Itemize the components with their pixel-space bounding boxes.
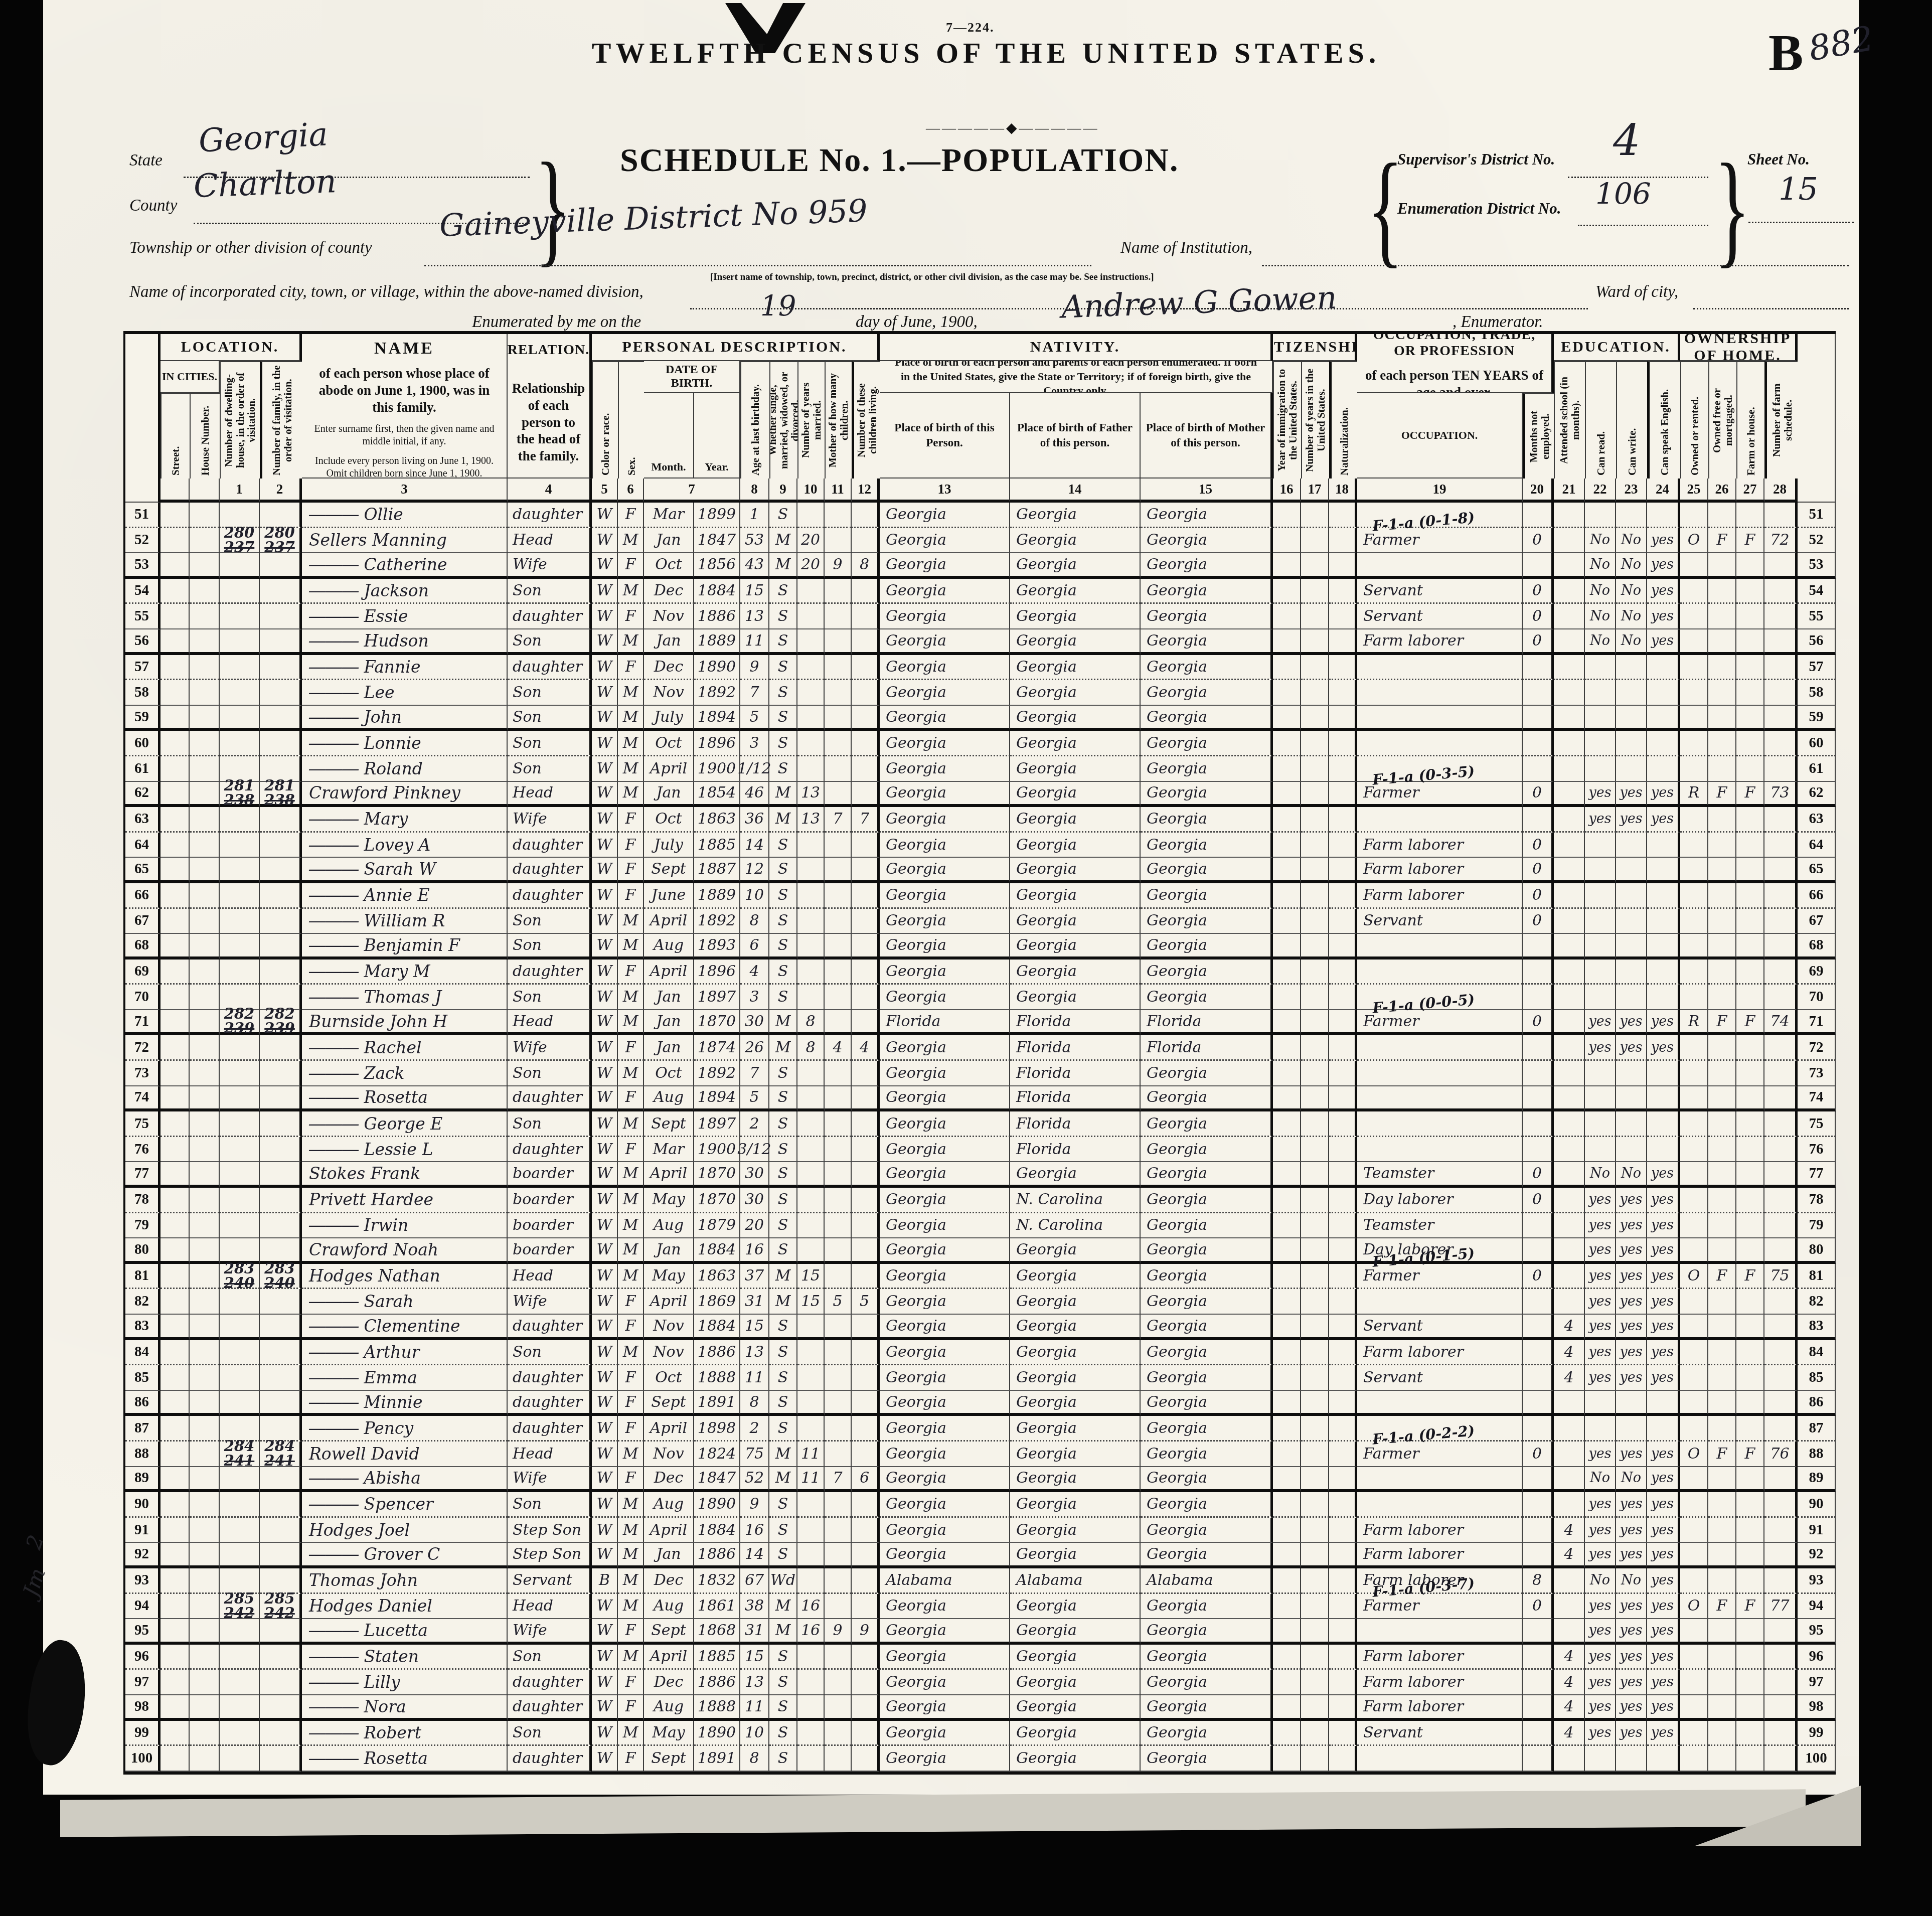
value: Georgia [1147,1165,1207,1182]
row-90-yus [1301,1492,1329,1518]
row-55-occ: Servant [1357,604,1523,629]
row-99-free [1708,1721,1736,1746]
row-93-imm [1273,1568,1301,1594]
row-53-pob: Georgia [880,553,1010,579]
value: 1896 [698,734,736,752]
row-66-write [1616,883,1647,909]
row-82-mo: 5 [825,1289,852,1315]
city-label: Name of incorporated city, town, or vill… [129,283,643,301]
row-91-year: 1884 [694,1518,740,1543]
value: Georgia [886,1597,946,1615]
row-58-age: 7 [740,680,769,706]
row-61-month: April [644,756,694,782]
row-96-sch: 4 [1554,1645,1585,1670]
row-55-ym [797,604,825,629]
row-78-lnr: 78 [1798,1188,1836,1213]
value: Georgia [886,1749,946,1767]
row-90-lnl: 90 [125,1492,160,1518]
row-59-year: 1894 [694,706,740,731]
value: 4 [1564,1545,1573,1563]
value: Georgia [1016,1267,1077,1285]
value: Florida [1016,1115,1071,1133]
row-92-house [190,1543,220,1568]
value: ――― Minnie [309,1392,422,1412]
row-99-lnl: 99 [125,1721,160,1746]
row-67-mar: S [769,909,797,934]
row-83-lnl: 83 [125,1315,160,1340]
row-87-lnl: 87 [125,1416,160,1442]
value: W [597,658,612,676]
value: ――― Rachel [309,1038,422,1057]
row-58-ym [797,680,825,706]
row-97-write: yes [1616,1670,1647,1695]
row-82-write: yes [1616,1289,1647,1315]
column-number-7: 7 [644,478,740,503]
row-57-dw [220,655,260,681]
row-65-eng [1647,858,1680,883]
value: O [1688,1267,1700,1285]
value: Georgia [1147,1521,1207,1539]
row-69-mnu [1523,960,1554,985]
row-56-house [190,629,220,655]
row-69-name: ――― Mary M [302,960,508,985]
value: Head [513,1597,553,1615]
column-group-personal-description: PERSONAL DESCRIPTION. [592,334,880,361]
value: daughter [513,1698,582,1715]
row-69-age: 4 [740,960,769,985]
row-83-street [160,1315,190,1340]
row-73-sex: M [618,1061,644,1086]
row-93-mo [825,1568,852,1594]
row-65-rel: daughter [508,858,592,883]
row-63-mar: M [769,807,797,833]
row-56-dw [220,629,260,655]
row-78-house [190,1188,220,1213]
value: 1885 [698,836,736,854]
row-94-mnu: 0 [1523,1594,1554,1620]
value: Georgia [886,1369,946,1386]
row-66-color: W [592,883,618,909]
row-97-age: 13 [740,1670,769,1695]
row-53-street [160,553,190,579]
row-78-nat [1329,1188,1357,1213]
row-100-mar: S [769,1746,797,1772]
row-83-mo [825,1315,852,1340]
value: daughter [513,836,582,854]
column-group-nativity: NATIVITY. [880,334,1273,361]
value: yes [1651,1268,1674,1284]
value: S [778,1317,788,1335]
row-51-yus [1301,503,1329,528]
value: yes [1588,811,1611,827]
row-55-yus [1301,604,1329,629]
row-55-street [160,604,190,629]
row-61-yus [1301,756,1329,782]
value: Georgia [886,684,946,701]
row-91-mo [825,1518,852,1543]
value: yes [1588,1192,1611,1207]
row-89-house [190,1467,220,1493]
row-61-pobf: Georgia [1010,756,1141,782]
value: 8 [806,1039,815,1056]
row-85-free [1708,1365,1736,1391]
row-71-nat [1329,1010,1357,1036]
row-99-sn [1764,1721,1798,1746]
value: daughter [513,506,582,523]
row-96-color: W [592,1645,618,1670]
row-78-yus [1301,1188,1329,1213]
row-91-write: yes [1616,1518,1647,1543]
value: Georgia [1016,1545,1077,1563]
value: M [623,1013,638,1030]
row-64-house [190,833,220,858]
row-51-year: 1899 [694,503,740,528]
row-89-mar: M [769,1467,797,1493]
row-75-write [1616,1111,1647,1137]
value: Son [513,912,542,929]
column-header-attended-school: Attended school (in months). [1554,361,1585,478]
value: 74 [1770,1013,1789,1030]
row-95-own [1680,1619,1708,1645]
row-71-sch [1554,1010,1585,1036]
row-76-eng [1647,1137,1680,1163]
row-96-mnu [1523,1645,1554,1670]
row-57-sex: F [618,655,644,681]
row-60-free [1708,731,1736,756]
row-68-month: Aug [644,934,694,960]
row-83-eng: yes [1647,1315,1680,1340]
row-84-sn [1764,1340,1798,1366]
row-65-sch [1554,858,1585,883]
value: 5 [860,1293,869,1310]
row-53-eng: yes [1647,553,1680,579]
value: 20 [745,1216,764,1234]
row-54-sn [1764,579,1798,604]
row-58-dw [220,680,260,706]
row-87-imm [1273,1416,1301,1442]
row-60-sex: M [618,731,644,756]
row-70-cl [852,985,880,1010]
row-100-mnu [1523,1746,1554,1772]
value: 5 [749,708,759,726]
row-93-mar: Wd [769,1568,797,1594]
value: Farmer [1363,1445,1419,1463]
value: M [623,912,638,929]
row-86-write [1616,1391,1647,1416]
row-88-year: 1824 [694,1442,740,1467]
value: Georgia [1016,1343,1077,1361]
row-89-occ [1357,1467,1523,1493]
value: 1889 [698,632,736,650]
row-78-color: W [592,1188,618,1213]
row-67-read [1585,909,1616,934]
row-59-cl [852,706,880,731]
row-69-pobm: Georgia [1141,960,1273,985]
row-59-free [1708,706,1736,731]
value: Jan [656,1013,681,1030]
row-65-year: 1887 [694,858,740,883]
value: ――― Jackson [309,581,429,600]
row-54-sex: M [618,579,644,604]
row-58-imm [1273,680,1301,706]
value: ――― Pency [309,1418,413,1438]
row-82-dw [220,1289,260,1315]
value: Georgia [1016,1445,1077,1463]
value: 0 [1532,1013,1542,1030]
row-71-pobm: Florida [1141,1010,1273,1036]
row-65-yus [1301,858,1329,883]
row-62-street [160,782,190,808]
row-65-age: 12 [740,858,769,883]
value: Hodges Nathan [309,1266,440,1286]
row-93-write: No [1616,1568,1647,1594]
row-75-free [1708,1111,1736,1137]
row-69-yus [1301,960,1329,985]
row-57-pobf: Georgia [1010,655,1141,681]
row-100-year: 1891 [694,1746,740,1772]
row-54-month: Dec [644,579,694,604]
value: W [597,936,612,954]
row-52-read: No [1585,528,1616,554]
row-80-house [190,1238,220,1264]
row-60-mo [825,731,852,756]
value: 1884 [698,1241,736,1258]
value: F [625,1088,636,1106]
value: W [597,860,612,878]
value: Sept [651,1749,686,1767]
row-52-mar: M [769,528,797,554]
value: W [597,760,612,777]
row-80-month: Jan [644,1238,694,1264]
row-84-own [1680,1340,1708,1366]
row-97-pobm: Georgia [1141,1670,1273,1695]
row-97-sch: 4 [1554,1670,1585,1695]
value: 3 [749,988,759,1006]
value: N. Carolina [1016,1191,1103,1208]
row-99-sex: M [618,1721,644,1746]
row-56-imm [1273,629,1301,655]
value: No [1621,532,1641,548]
row-74-year: 1894 [694,1086,740,1112]
row-62-dw: 281238 [220,782,260,808]
row-59-fh [1736,706,1764,731]
value: 7 [860,810,869,828]
value: Georgia [1016,1597,1077,1615]
row-52-pobf: Georgia [1010,528,1141,554]
row-65-mar: S [769,858,797,883]
row-77-nat [1329,1162,1357,1188]
value: M [623,784,638,802]
row-63-sex: F [618,807,644,833]
row-51-pobm: Georgia [1141,503,1273,528]
value: Jan [656,531,681,549]
value: April [650,963,687,980]
value: S [778,1749,788,1767]
row-55-sex: F [618,604,644,629]
row-84-sex: M [618,1340,644,1366]
row-59-month: July [644,706,694,731]
value: yes [1588,1318,1611,1334]
row-59-lnr: 59 [1798,706,1836,731]
row-86-fam [260,1391,302,1416]
value: ――― Roland [309,759,423,778]
row-86-name: ――― Minnie [302,1391,508,1416]
value: M [775,1622,791,1639]
row-89-color: W [592,1467,618,1493]
value: 0 [1532,607,1542,625]
value: F [625,886,636,904]
row-62-mnu: 0 [1523,782,1554,808]
value: S [778,1369,788,1386]
row-78-year: 1870 [694,1188,740,1213]
row-87-nat [1329,1416,1357,1442]
row-54-free [1708,579,1736,604]
row-89-mnu [1523,1467,1554,1493]
row-94-occ: F-1-a (0-3-7)Farmer [1357,1594,1523,1620]
row-68-free [1708,934,1736,960]
row-94-pobf: Georgia [1010,1594,1141,1620]
row-72-age: 26 [740,1035,769,1061]
value: Son [513,1343,542,1361]
row-94-name: Hodges Daniel [302,1594,508,1620]
column-header-farm-schedule-number: Number of farm schedule. [1764,361,1798,478]
row-79-sch [1554,1213,1585,1239]
row-56-nat [1329,629,1357,655]
row-82-yus [1301,1289,1329,1315]
row-60-age: 3 [740,731,769,756]
row-64-month: July [644,833,694,858]
row-68-read [1585,934,1616,960]
row-56-rel: Son [508,629,592,655]
value: Georgia [1147,632,1207,650]
row-83-read: yes [1585,1315,1616,1340]
value: 10 [745,1724,764,1741]
row-87-ym [797,1416,825,1442]
township-value: Gaineyville District No 959 [439,192,868,244]
value: daughter [513,1088,582,1106]
row-79-sex: M [618,1213,644,1239]
row-99-pobf: Georgia [1010,1721,1141,1746]
row-71-mar: M [769,1010,797,1036]
row-68-lnr: 68 [1798,934,1836,960]
row-69-month: April [644,960,694,985]
row-78-read: yes [1585,1188,1616,1213]
row-53-yus [1301,553,1329,579]
row-67-pob: Georgia [880,909,1010,934]
row-96-name: ――― Staten [302,1645,508,1670]
column-group-education: EDUCATION. [1554,334,1680,361]
row-60-occ [1357,731,1523,756]
value: yes [1651,1522,1674,1538]
row-62-sex: M [618,782,644,808]
row-71-fh: F [1736,1010,1764,1036]
row-51-mo [825,503,852,528]
row-68-cl [852,934,880,960]
row-97-occ: Farm laborer [1357,1670,1523,1695]
row-71-pobf: Florida [1010,1010,1141,1036]
value: daughter [513,1141,582,1158]
row-78-dw [220,1188,260,1213]
row-59-street [160,706,190,731]
row-55-lnl: 55 [125,604,160,629]
value: 16 [801,1622,820,1639]
row-92-read: yes [1585,1543,1616,1568]
row-70-rel: Son [508,985,592,1010]
value: Georgia [1147,1724,1207,1741]
row-63-eng: yes [1647,807,1680,833]
row-92-mnu [1523,1543,1554,1568]
row-71-month: Jan [644,1010,694,1036]
row-79-pobm: Georgia [1141,1213,1273,1239]
value: May [652,1267,685,1285]
value: 0 [1532,1445,1542,1463]
fam-number: 285 [264,1591,295,1606]
value: April [650,1419,687,1437]
row-81-pobf: Georgia [1010,1264,1141,1290]
value: Florida [1147,1039,1202,1056]
row-94-free: F [1708,1594,1736,1620]
row-88-nat [1329,1442,1357,1467]
row-78-cl [852,1188,880,1213]
value: Sellers Manning [309,530,447,550]
rule [1748,222,1854,223]
row-76-pobf: Florida [1010,1137,1141,1163]
row-93-color: B [592,1568,618,1594]
row-84-nat [1329,1340,1357,1366]
value: ――― Lovey A [309,835,430,855]
row-53-mnu [1523,553,1554,579]
dw-number-struck: 240 [224,1276,255,1291]
column-number-22: 22 [1585,478,1616,503]
row-67-nat [1329,909,1357,934]
value: 15 [745,1648,764,1665]
row-98-read: yes [1585,1695,1616,1721]
row-54-eng: yes [1647,579,1680,604]
row-61-sn [1764,756,1798,782]
row-99-fam [260,1721,302,1746]
row-95-rel: Wife [508,1619,592,1645]
value: Dec [654,1673,684,1691]
row-60-fam [260,731,302,756]
value: boarder [513,1165,573,1182]
value: 76 [1770,1445,1789,1463]
row-62-fh: F [1736,782,1764,808]
value: ――― Zack [309,1063,405,1083]
value: 1870 [698,1165,736,1182]
row-100-mo [825,1746,852,1772]
value: Farm laborer [1363,1673,1464,1691]
row-67-fh [1736,909,1764,934]
row-54-name: ――― Jackson [302,579,508,604]
column-number-14: 14 [1010,478,1141,503]
row-82-mar: M [769,1289,797,1315]
row-91-lnr: 91 [1798,1518,1836,1543]
row-79-lnr: 79 [1798,1213,1836,1239]
value: 9 [833,1622,842,1639]
row-88-lnr: 88 [1798,1442,1836,1467]
row-91-pob: Georgia [880,1518,1010,1543]
value: Son [513,632,542,650]
value: daughter [513,658,582,676]
value: F [625,1673,636,1691]
value: 72 [1770,531,1789,549]
row-64-dw [220,833,260,858]
value: Georgia [886,658,946,676]
value: ――― George E [309,1114,442,1134]
value: F [625,658,636,676]
value: Georgia [1016,1622,1077,1639]
value: Teamster [1363,1165,1434,1182]
